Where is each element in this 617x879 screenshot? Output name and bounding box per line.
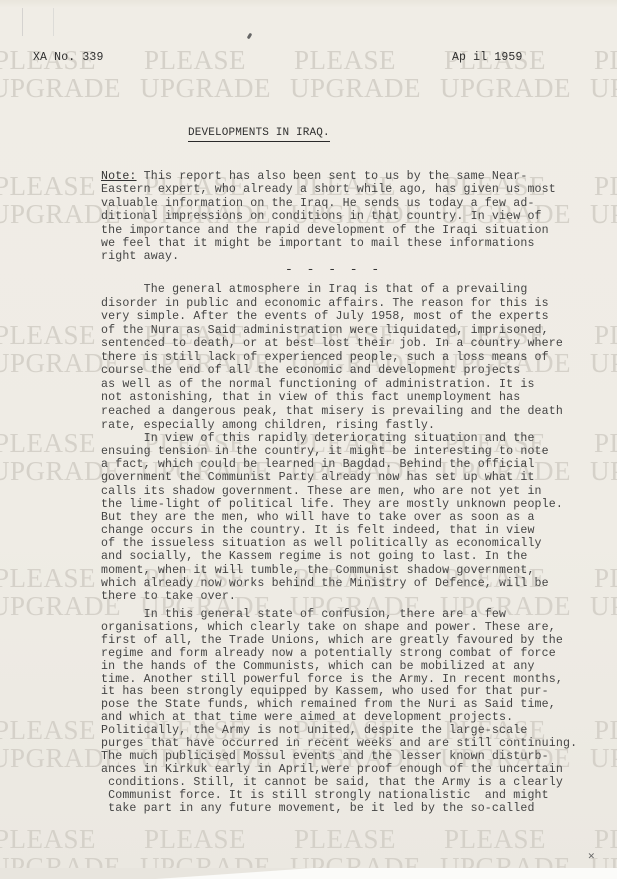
paragraph-line: as well as of the normal functioning of … <box>101 379 535 391</box>
paragraph-line: pose the State funds, which remained fro… <box>101 699 556 711</box>
note-line: valuable information on the Iraq. He sen… <box>101 198 535 210</box>
paragraph-line: conditions. Still, it cannot be said, th… <box>101 777 563 789</box>
separator: - - - - - <box>285 263 382 276</box>
note-label: Note: <box>101 170 137 183</box>
document-title: DEVELOPMENTS IN IRAQ. <box>188 128 330 142</box>
note-line: we feel that it might be important to ma… <box>101 238 535 250</box>
paragraph-line: rate, especially among children, rising … <box>101 420 435 432</box>
paragraph-line: ances in Kirkuk early in April,were proo… <box>101 764 563 776</box>
page-mark: ✕ <box>588 852 595 863</box>
paper-fold-edge <box>0 868 617 879</box>
paragraph-line: which already now works behind the Minis… <box>101 578 549 590</box>
paragraph-line: very simple. After the events of July 19… <box>101 311 549 323</box>
document-page: XA No. 339 Ap il 1959 DEVELOPMENTS IN IR… <box>0 0 617 879</box>
paragraph-line: of the issueless situation as well polit… <box>101 538 542 550</box>
paragraph-line: Politically, the Army is not united, des… <box>101 725 527 737</box>
paragraph-line: The much publicised Mossul events and th… <box>101 751 549 763</box>
paragraph-line: it has been strongly equipped by Kassem,… <box>101 686 549 698</box>
paragraph-line: and socially, the Kassem regime is not g… <box>101 551 527 563</box>
paragraph-line: The general atmosphere in Iraq is that o… <box>101 284 527 296</box>
paragraph-line: there is still lack of experienced peopl… <box>101 352 549 364</box>
paragraph-line: change occurs in the country. It is felt… <box>101 525 535 537</box>
paragraph-line: ensuing tension in the country, it might… <box>101 446 549 458</box>
document-date: Ap il 1959 <box>452 52 523 64</box>
document-reference: XA No. 339 <box>33 52 104 64</box>
note-line: right away. <box>101 251 179 263</box>
paragraph-line: disorder in public and economic affairs.… <box>101 298 549 310</box>
paragraph-line: of the Nura as Said administration were … <box>101 325 549 337</box>
paragraph-line: reached a dangerous peak, that misery is… <box>101 406 563 418</box>
paragraph-line: sentenced to death, or at best lost thei… <box>101 338 563 350</box>
paragraph-line: organisations, which clearly take on sha… <box>101 622 556 634</box>
note-line: the importance and the rapid development… <box>101 225 549 237</box>
note-line: ditional impressions on conditions in th… <box>101 211 542 223</box>
paragraph-line: course the end of all the economic and d… <box>101 365 520 377</box>
paragraph-line: there to take over. <box>101 591 236 603</box>
paragraph-line: government the Communist Party already n… <box>101 472 535 484</box>
note-line: Eastern expert, who already a short whil… <box>101 184 556 196</box>
paragraph-line: moment, when it will tumble, the Communi… <box>101 565 535 577</box>
paragraph-line: first of all, the Trade Unions, which ar… <box>101 635 563 647</box>
paragraph-line: In view of this rapidly deteriorating si… <box>101 433 535 445</box>
paragraph-line: purges that have occurred in recent week… <box>101 738 577 750</box>
paragraph-line: in the hands of the Communists, which ca… <box>101 661 535 673</box>
paragraph-line: Communist force. It is still strongly na… <box>101 790 549 802</box>
paragraph-line: regime and form already now a potentiall… <box>101 648 556 660</box>
paragraph-line: a fact, which could be learned in Bagdad… <box>101 459 535 471</box>
paragraph-line: not astonishing, that in view of this fa… <box>101 392 520 404</box>
paragraph-line: calls its shadow government. These are m… <box>101 486 542 498</box>
paragraph-line: and which at that time were aimed at dev… <box>101 712 513 724</box>
paragraph-line: time. Another still powerful force is th… <box>101 674 563 686</box>
paragraph-line: But they are the men, who will have to t… <box>101 512 535 524</box>
paragraph-line: take part in any future movement, be it … <box>101 803 535 815</box>
note-line: Note: This report has also been sent to … <box>101 171 527 183</box>
paragraph-line: In this general state of confusion, ther… <box>101 609 506 621</box>
paragraph-line: the lime-light of political life. They a… <box>101 499 563 511</box>
